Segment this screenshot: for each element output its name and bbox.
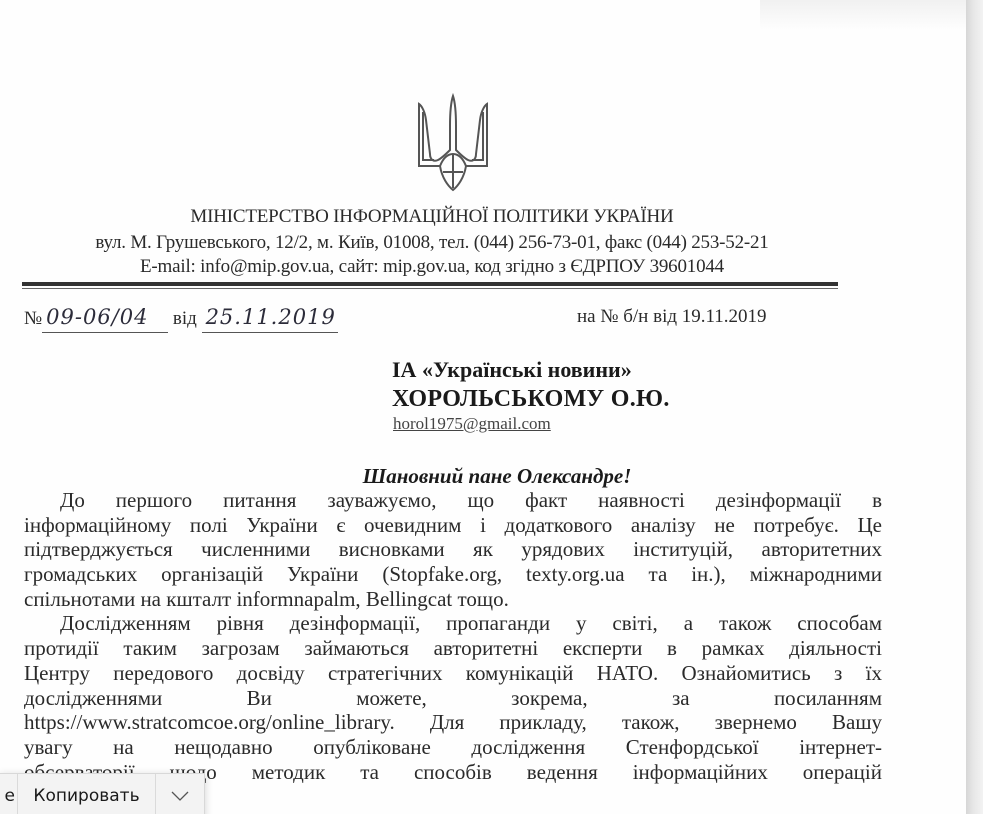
ministry-name: МІНІСТЕРСТВО ІНФОРМАЦІЙНОЇ ПОЛІТИКИ УКРА… bbox=[22, 205, 842, 229]
body-line: громадських організацій України (Stopfak… bbox=[24, 562, 882, 587]
salutation: Шановний пане Олександре! bbox=[0, 464, 966, 489]
chevron-down-icon bbox=[171, 791, 189, 801]
handwritten-number: 09-06/04 bbox=[42, 302, 168, 333]
text-selection-menu: е Копировать bbox=[0, 773, 205, 814]
scanned-letter-page: МІНІСТЕРСТВО ІНФОРМАЦІЙНОЇ ПОЛІТИКИ УКРА… bbox=[0, 0, 966, 814]
handwritten-date: 25.11.2019 bbox=[202, 302, 338, 333]
body-line: дослідженнями Ви можете, зокрема, за пос… bbox=[24, 686, 882, 711]
copy-button[interactable]: Копировать bbox=[18, 774, 156, 814]
body-line: інформаційному полі України є очевидним … bbox=[24, 513, 882, 538]
body-line: Дослідженням рівня дезінформації, пропаг… bbox=[24, 611, 882, 636]
scan-page-edge bbox=[966, 0, 983, 814]
body-line: протидії таким загрозам займаються автор… bbox=[24, 636, 882, 661]
addressee-email[interactable]: horol1975@gmail.com bbox=[393, 413, 551, 435]
body-line: увагу на нещодавно опубліковане дослідже… bbox=[24, 735, 882, 760]
body-line: До першого питання зауважуємо, що факт н… bbox=[24, 488, 882, 513]
ministry-contacts: E-mail: info@mip.gov.ua, сайт: mip.gov.u… bbox=[22, 255, 842, 279]
letter-body: До першого питання зауважуємо, що факт н… bbox=[24, 488, 882, 784]
letterhead-divider-thin bbox=[22, 288, 838, 289]
body-line: https://www.stratcomcoe.org/online_libra… bbox=[24, 710, 882, 735]
number-prefix: № bbox=[24, 308, 42, 329]
outgoing-registration: №09-06/04 від 25.11.2019 bbox=[24, 302, 338, 334]
more-options-button[interactable] bbox=[156, 774, 204, 814]
reply-reference: на № б/н від 19.11.2019 bbox=[577, 302, 767, 332]
addressee-organization: ІА «Українські новини» bbox=[392, 356, 632, 384]
body-line: Центру передового досвіду стратегічних к… bbox=[24, 661, 882, 686]
ukraine-trident-icon bbox=[416, 92, 490, 192]
scan-shadow bbox=[760, 0, 966, 30]
addressee-name: ХОРОЛЬСЬКОМУ О.Ю. bbox=[392, 383, 670, 415]
menu-item-partial[interactable]: е bbox=[0, 774, 18, 814]
body-line: спільнотами на кшталт informnapalm, Bell… bbox=[24, 587, 882, 612]
letterhead-divider bbox=[22, 282, 838, 286]
date-prefix: від bbox=[173, 308, 197, 329]
body-line: підтверджується численними висновками як… bbox=[24, 537, 882, 562]
ministry-address: вул. М. Грушевського, 12/2, м. Київ, 010… bbox=[22, 231, 842, 255]
